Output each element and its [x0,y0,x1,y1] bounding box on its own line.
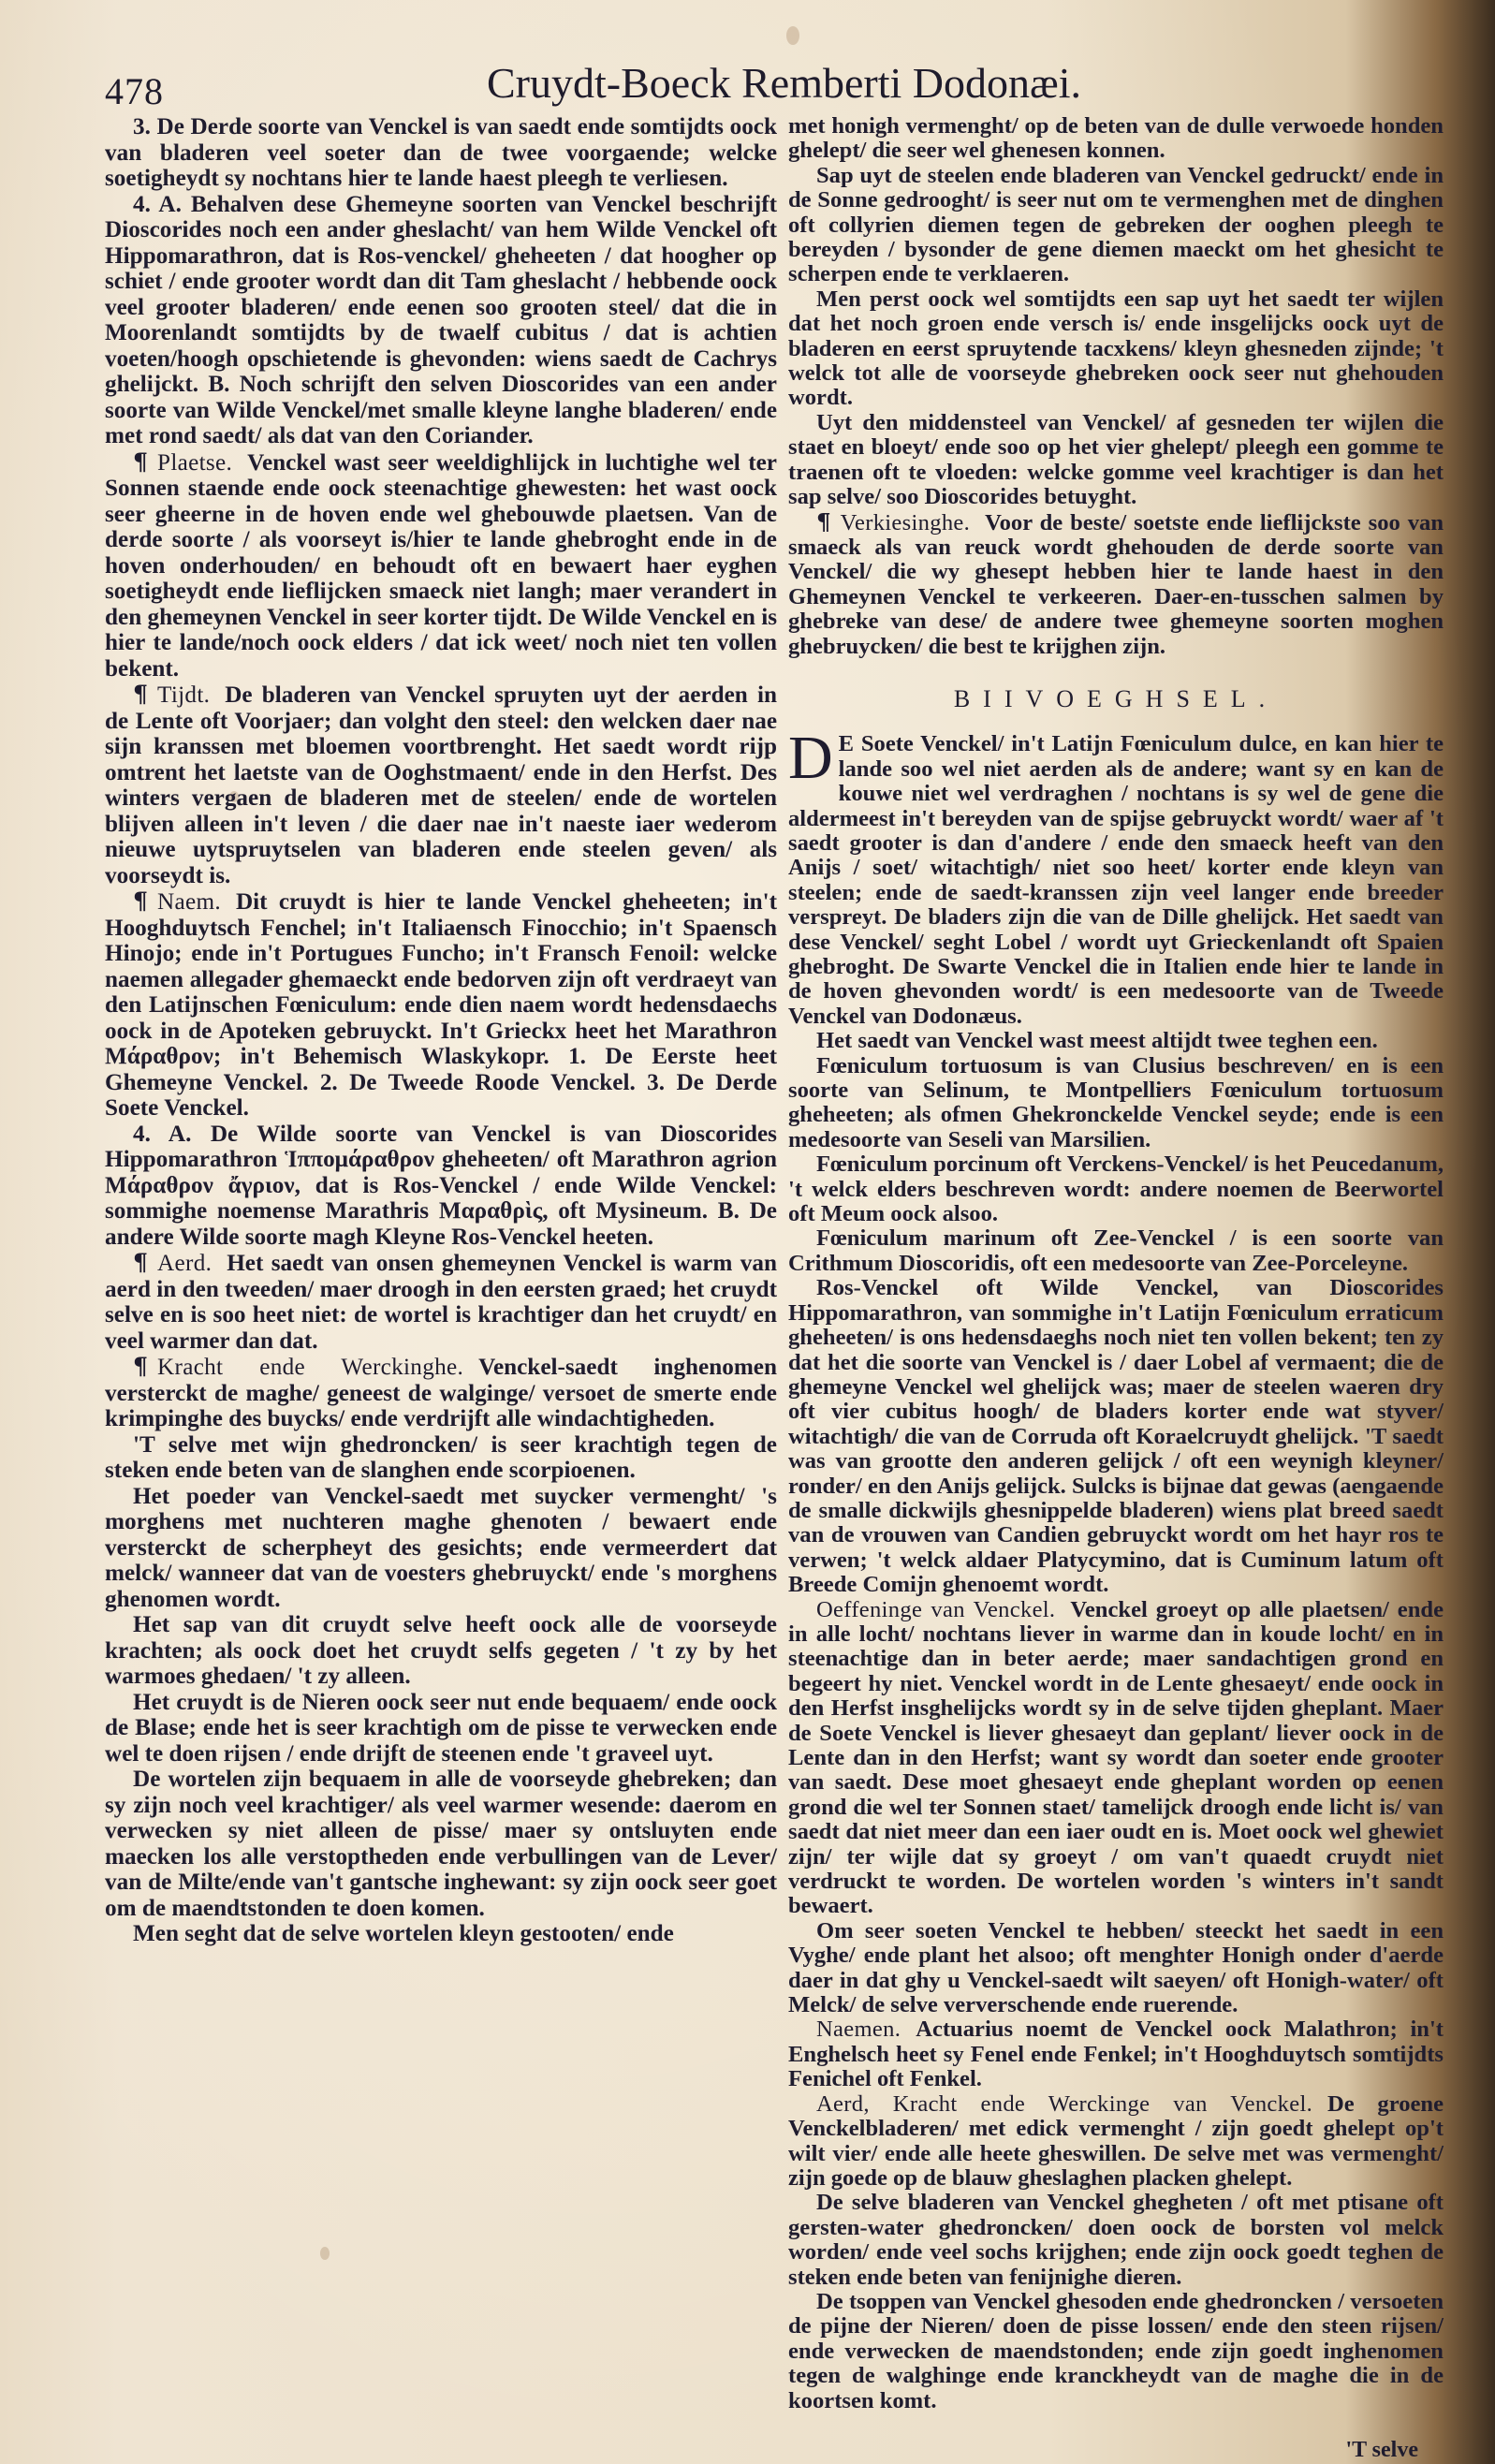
section-label: Aerd. [157,1251,212,1276]
paper-stain [320,2247,330,2260]
paragraph-text: Dit cruydt is hier te lande Venckel gheh… [105,889,777,1121]
paragraph-text: 4. A. De Wilde soorte van Venckel is van… [105,1122,777,1250]
section-label: Tijdt. [157,682,210,708]
pilcrow-icon: ¶ [133,1352,148,1380]
paragraph: ¶Plaetse.Venckel wast seer weeldighlijck… [105,449,777,682]
paragraph: Ros-Venckel oft Wilde Venckel, van Diosc… [788,1276,1444,1597]
page-number: 478 [105,69,164,113]
paragraph: Oeffeninge van Venckel.Venckel groeyt op… [788,1598,1444,1919]
section-label: Naem. [157,889,221,915]
section-label: Kracht ende Werckinghe. [157,1355,463,1380]
paragraph-text: Sap uyt de steelen ende bladeren van Ven… [788,163,1444,287]
paragraph: Het sap van dit cruydt selve heeft oock … [105,1612,777,1690]
pilcrow-icon: ¶ [133,887,148,915]
paragraph-text: De tsoppen van Venckel ghesoden ende ghe… [788,2289,1444,2413]
paragraph-text: Fœniculum tortuosum is van Clusius besch… [788,1053,1444,1152]
section-label: Naemen. [816,2017,901,2042]
paragraph: Sap uyt de steelen ende bladeren van Ven… [788,164,1444,287]
section-label: Plaetse. [157,450,232,476]
paragraph: Men seght dat de selve wortelen kleyn ge… [105,1921,777,1947]
paragraph-text: Venckel wast seer weeldighlijck in lucht… [105,450,777,682]
catchword: 'T selve [1345,2438,1418,2463]
left-column: 3. De Derde soorte van Venckel is van sa… [105,114,777,1947]
paragraph-text: De bladeren van Venckel spruyten uyt der… [105,682,777,888]
paragraph-text: De selve bladeren van Venckel ghegheten … [788,2190,1444,2289]
page-header: 478 Cruydt-Boeck Remberti Dodonæi. [0,56,1495,122]
section-heading: BIIVOEGHSEL. [788,687,1444,711]
supplement-paragraphs: Het saedt van Venckel wast meest altijdt… [788,1029,1444,2413]
paragraph-text: 3. De Derde soorte van Venckel is van sa… [105,114,777,191]
right-column-main-text: met honigh vermenght/ op de beten van de… [788,114,1444,659]
pilcrow-icon: ¶ [133,1248,148,1276]
paragraph-text: Om seer soeten Venckel te hebben/ steeck… [788,1918,1444,2017]
paragraph: ¶Aerd.Het saedt van onsen ghemeynen Venc… [105,1250,777,1354]
paragraph-text: Het saedt van Venckel wast meest altijdt… [816,1028,1378,1053]
paragraph-text: E Soete Venckel/ in't Latijn Fœniculum d… [788,731,1444,1028]
paragraph: 3. De Derde soorte van Venckel is van sa… [105,114,777,192]
paragraph-text: Men seght dat de selve wortelen kleyn ge… [133,1921,674,1946]
pilcrow-icon: ¶ [133,447,148,476]
paragraph-text: 'T selve met wijn ghedroncken/ is seer k… [105,1432,777,1484]
paragraph: Het poeder van Venckel-saedt met suycker… [105,1484,777,1613]
paragraph-text: Het poeder van Venckel-saedt met suycker… [105,1484,777,1612]
paragraph-text: Het cruydt is de Nieren oock seer nut en… [105,1690,777,1767]
paragraph-text: Venckel groeyt op alle plaetsen/ ende in… [788,1597,1444,1919]
pilcrow-icon: ¶ [133,680,148,708]
paragraph-text: met honigh vermenght/ op de beten van de… [788,113,1444,163]
paragraph: ¶Naem.Dit cruydt is hier te lande Vencke… [105,888,777,1122]
paragraph-text: Ros-Venckel oft Wilde Venckel, van Diosc… [788,1275,1444,1597]
paragraph: 4. A. De Wilde soorte van Venckel is van… [105,1122,777,1251]
paragraph: Uyt den middensteel van Venckel/ af gesn… [788,411,1444,510]
paragraph: De tsoppen van Venckel ghesoden ende ghe… [788,2290,1444,2413]
paragraph: Fœniculum marinum oft Zee-Venckel / is e… [788,1226,1444,1276]
paragraph-text: Fœniculum marinum oft Zee-Venckel / is e… [788,1225,1444,1275]
paragraph-text: Het sap van dit cruydt selve heeft oock … [105,1612,777,1689]
paragraph: Aerd, Kracht ende Werckinge van Venckel.… [788,2092,1444,2192]
book-page: 478 Cruydt-Boeck Remberti Dodonæi. 3. De… [0,0,1495,2464]
pilcrow-icon: ¶ [816,508,831,535]
paragraph: Het saedt van Venckel wast meest altijdt… [788,1029,1444,1053]
paragraph: Men perst oock wel somtijdts een sap uyt… [788,287,1444,411]
paragraph-text: Uyt den middensteel van Venckel/ af gesn… [788,410,1444,509]
paragraph: Om seer soeten Venckel te hebben/ steeck… [788,1919,1444,2018]
running-title: Cruydt-Boeck Remberti Dodonæi. [487,58,1081,108]
section-label: Verkiesinghe. [841,510,970,535]
drop-cap: D [788,734,833,783]
paragraph: 4. A. Behalven dese Ghemeyne soorten van… [105,192,777,449]
paragraph: Fœniculum tortuosum is van Clusius besch… [788,1054,1444,1153]
paragraph-text: 4. A. Behalven dese Ghemeyne soorten van… [105,192,777,449]
supplement-first-paragraph: D E Soete Venckel/ in't Latijn Fœniculum… [788,732,1444,1029]
paragraph: ¶Verkiesinghe.Voor de beste/ soetste end… [788,510,1444,659]
paragraph-text: De wortelen zijn bequaem in alle de voor… [105,1767,777,1921]
paragraph: Naemen.Actuarius noemt de Venckel oock M… [788,2017,1444,2091]
paragraph: De wortelen zijn bequaem in alle de voor… [105,1767,777,1921]
paragraph: 'T selve met wijn ghedroncken/ is seer k… [105,1432,777,1484]
paper-stain [786,26,799,45]
section-label: Oeffeninge van Venckel. [816,1597,1055,1622]
right-column: met honigh vermenght/ op de beten van de… [788,114,1444,2413]
paragraph: Fœniculum porcinum oft Verckens-Venckel/… [788,1152,1444,1226]
paragraph-text: Fœniculum porcinum oft Verckens-Venckel/… [788,1151,1444,1226]
paragraph: Het cruydt is de Nieren oock seer nut en… [105,1690,777,1767]
paragraph: ¶Kracht ende Werckinghe.Venckel-saedt in… [105,1354,777,1432]
section-label: Aerd, Kracht ende Werckinge van Venckel. [816,2091,1312,2117]
paragraph: ¶Tijdt.De bladeren van Venckel spruyten … [105,682,777,888]
paragraph-text: Men perst oock wel somtijdts een sap uyt… [788,286,1444,411]
paragraph: met honigh vermenght/ op de beten van de… [788,114,1444,164]
paragraph: De selve bladeren van Venckel ghegheten … [788,2191,1444,2290]
